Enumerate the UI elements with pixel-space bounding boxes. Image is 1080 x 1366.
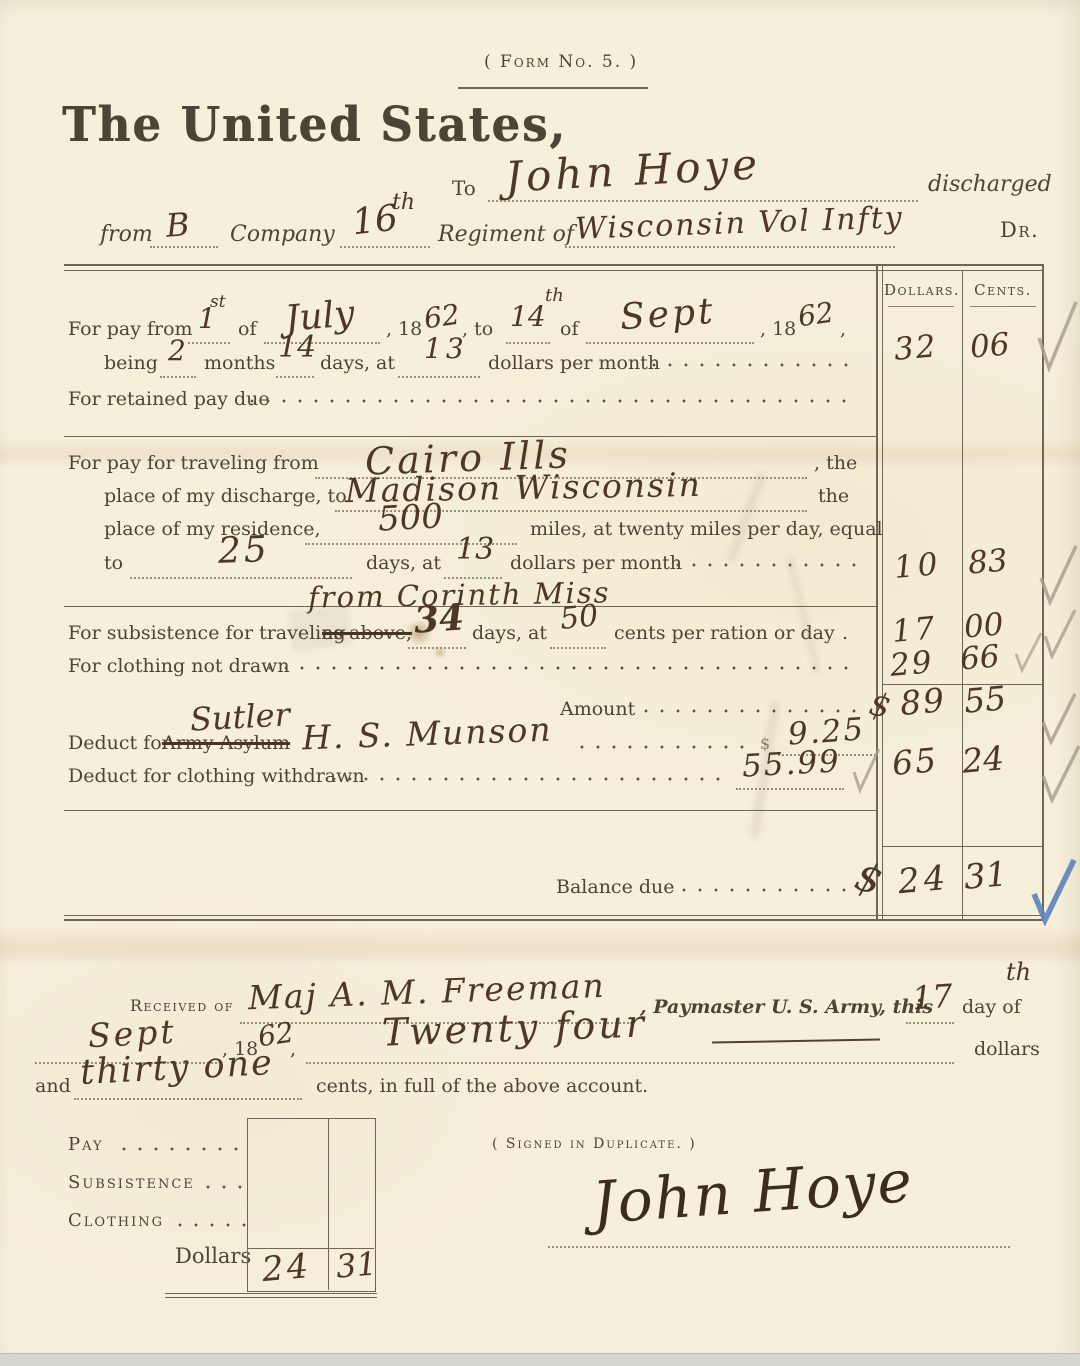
leader-dots [178,1222,246,1228]
travel-line1-the: , the [814,452,857,474]
subsistence-rate-handwriting: 50 [558,598,600,637]
travel-line3-rest: miles, at twenty miles per day, equal [530,518,883,540]
deduct2-value-handwriting: 55.99 [741,743,841,784]
months-label: months [204,352,275,374]
leader-dots [206,1184,246,1190]
pay-footer-label: Pay [68,1134,104,1155]
travel-days-blank [130,577,352,579]
table-top-rule-2 [64,270,1044,271]
deduct1-over-handwriting: Sutler [189,695,291,738]
cents-column-header: Cents. [966,281,1040,299]
leader-dots [122,1146,244,1152]
fold-crease-lower [0,928,1080,966]
amount-label: Amount [560,698,635,720]
regiment-label: Regiment of [438,222,574,247]
amount-dollars-value: 89 [898,680,947,723]
dollars-column-header: Dollars. [884,281,960,299]
summary-box-divider [328,1118,329,1290]
balance-dollars-value: 24 [896,858,951,902]
receipt-day-handwriting: 17 [911,977,954,1018]
deduct2-value-blank [736,788,844,790]
money-column-left-rule-2 [882,264,883,921]
receipt-day-blank [906,1022,954,1024]
travel-days-at-label: days, at [366,552,441,574]
day2-handwriting: 14 [510,300,546,333]
pay-dollars-value: 32 [893,328,939,368]
year2-handwriting: 62 [796,296,836,334]
travel-per-month-label: dollars per month [510,552,682,574]
summary-underline-2 [165,1297,377,1298]
subsistence-label: For subsistence for traveling [68,622,346,644]
discharge-pay-voucher: ( Form No. 5. ) The United States, To Jo… [0,0,1080,1366]
pencil-check-icon [852,746,882,794]
travel-dollars-value: 10 [893,546,943,586]
table-bottom-rule-2 [64,919,1044,921]
cents-header-underline [970,306,1036,307]
pencil-check-icon [1038,542,1080,608]
document-title: The United States, [62,96,567,152]
subsistence-ration-label: cents per ration or day [614,622,835,644]
form-number: ( Form No. 5. ) [484,52,638,72]
days-at-label: days, at [320,352,395,374]
deduct-dollars-value: 65 [890,740,939,783]
travel-line2-label: place of my discharge, to [104,485,347,507]
deduct-cents-value: 24 [960,738,1005,781]
dollars-cents-divider [962,270,963,921]
dollars-box-label: Dollars [175,1244,251,1268]
clothing-cents-value: 66 [959,638,1001,677]
discharged-label: discharged [928,172,1052,197]
travel-line2-the: the [818,485,849,507]
of1-label: of [238,318,256,340]
regiment-number-suffix: th [392,190,415,215]
pay-line1-comma: , [840,318,846,340]
summary-underline-1 [165,1293,377,1294]
form-number-underline [458,87,648,89]
clothing-not-drawn-label: For clothing not drawn [68,655,290,677]
pencil-check-icon [1040,690,1078,748]
table-bottom-rule-1 [64,915,1044,916]
signed-in-duplicate-note: ( Signed in Duplicate. ) [492,1136,697,1152]
table-top-rule-1 [64,264,1044,266]
summary-cents-value: 31 [334,1244,378,1285]
paymaster-label: , Paymaster U. S. Army, this [640,996,933,1018]
amount-words-blank [306,1062,954,1064]
leader-dots [250,398,856,404]
deduct2-label: Deduct for clothing withdrawn [68,765,365,787]
company-blank-line [150,246,218,248]
travel-days-handwriting: 25 [217,529,270,572]
year1-printed: , 18 [386,318,422,340]
signature-handwriting: John Hoye [590,1147,916,1237]
rate-handwriting: 13 [424,332,468,365]
dollars-per-month-label: dollars per month [488,352,660,374]
pencil-check-icon [1040,742,1080,806]
day2-blank [506,342,550,344]
amount-currency-handwriting: $ [866,684,895,726]
subsistence-days-blank [408,647,466,649]
regiment-blank-line [565,246,895,248]
blue-check-icon [1030,856,1078,926]
regiment-number-blank-line [340,246,430,248]
travel-rate-handwriting: 13 [456,532,494,567]
from-label: from [100,222,153,247]
travel-line1-label: For pay for traveling from [68,452,319,474]
retained-pay-label: For retained pay due [68,388,270,410]
leader-dots [580,744,748,750]
day1-blank [188,342,230,344]
balance-cell-top-rule [883,846,1042,847]
regiment-handwriting: Wisconsin Vol Infty [574,200,904,246]
company-handwriting: B [165,205,191,245]
subsistence-days-handwriting: 34 [413,596,466,641]
amount-words-handwriting: Twenty four [381,1001,647,1054]
subsistence-footer-label: Subsistence [68,1172,195,1193]
section-divider-rule [64,810,878,811]
travel-cents-value: 83 [967,542,1009,581]
ink-bleedthrough [786,556,822,674]
rate-blank [398,376,480,378]
months-handwriting: 2 [168,334,186,367]
handwritten-dash [712,1039,880,1044]
signature-blank-line [548,1246,1010,1248]
amount-cents-value: 55 [962,678,1007,721]
money-column-left-rule-1 [876,264,878,921]
deduct1-name-handwriting: H. S. Munson [301,710,553,758]
company-label: Company [230,222,335,247]
pencil-check-icon [1014,630,1044,674]
days-handwriting: 14 [278,330,316,365]
receipt-comma: , [290,1038,296,1060]
month2-blank [586,342,754,344]
leader-dots [332,776,728,782]
pay-cents-value: 06 [969,326,1011,365]
to-label: To [452,176,476,200]
deduct1-label: Deduct for [68,732,171,754]
leader-dots [268,665,856,671]
year2-printed: , 18 [760,318,796,340]
and-label: and [35,1075,71,1097]
months-blank [160,376,196,378]
miles-handwriting: 500 [377,496,444,539]
dollars-word-label: dollars [974,1038,1040,1060]
summary-dollars-value: 24 [260,1246,313,1290]
day1-suffix: st [210,292,226,312]
subsistence-days-at-label: days, at [472,622,547,644]
dollars-header-underline [888,306,954,307]
cents-words-blank [74,1098,302,1100]
balance-due-label: Balance due [556,876,675,898]
in-full-label: cents, in full of the above account. [316,1075,648,1097]
received-of-label: Received of [130,996,234,1015]
clothing-footer-label: Clothing [68,1210,164,1231]
subsistence-period: . [842,622,848,644]
receipt-day-suffix-handwriting: th [1006,958,1031,986]
being-label: being [104,352,158,374]
month2-handwriting: Sept [619,291,717,339]
dr-label: Dr. [1000,218,1039,242]
travel-to-label: to [104,552,123,574]
subsistence-struck-text: as above, [322,622,412,644]
subsistence-rate-blank [550,647,606,649]
scan-edge [0,1353,1080,1366]
pencil-check-icon [1042,606,1078,662]
travel-line3-label: place of my residence, [104,518,321,540]
day-of-label: day of [962,996,1021,1018]
pencil-check-icon [1036,298,1080,374]
balance-cents-value: 31 [962,854,1009,898]
of2-label: of [560,318,578,340]
day2-suffix: th [545,285,564,306]
leader-dots [652,362,852,368]
clothing-dollars-value: 29 [889,644,935,684]
days-blank [276,376,314,378]
leader-dots [676,562,856,568]
leader-dots [682,887,850,893]
year1-handwriting: 62 [422,298,462,336]
